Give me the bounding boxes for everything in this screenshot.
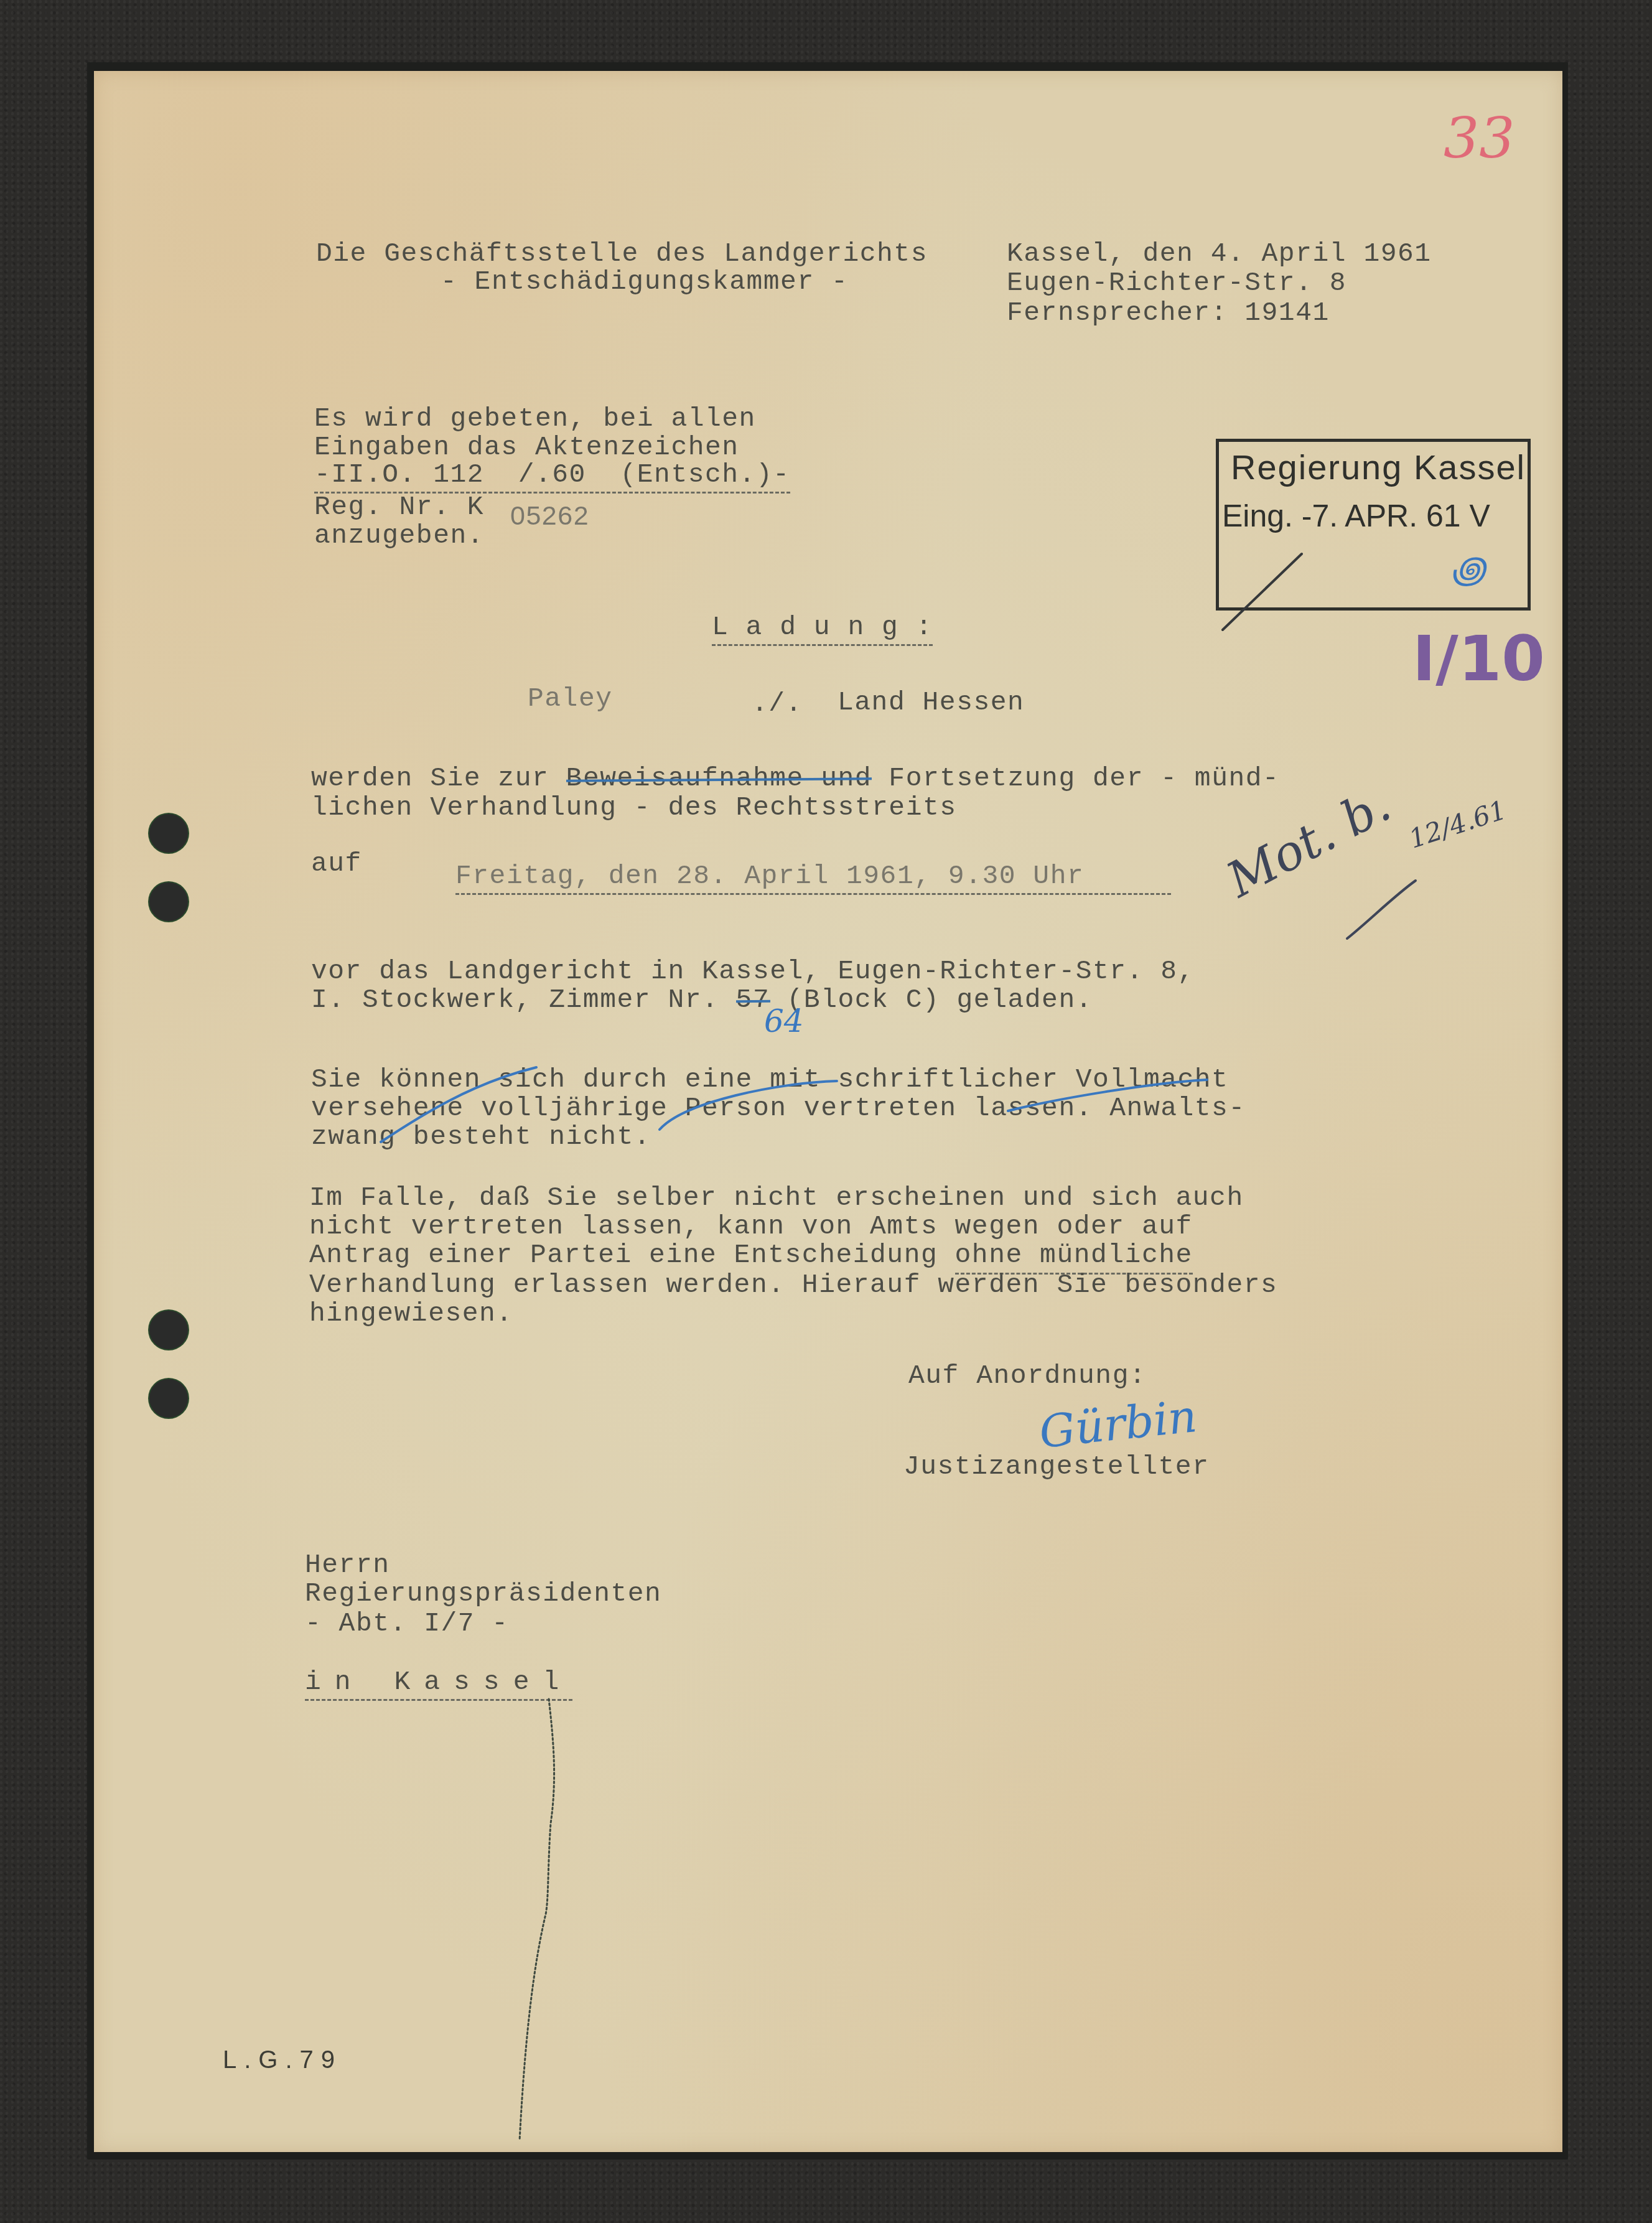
notice-line-5: hingewiesen.	[309, 1299, 513, 1328]
punch-hole	[149, 882, 188, 921]
case-number: -II.O. 112 /.60 (Entsch.)-	[314, 461, 790, 494]
office-division: - Entschädigungskammer -	[441, 268, 848, 296]
signatory-title: Justizangestellter	[903, 1453, 1209, 1481]
notice-text: Antrag einer Partei eine Entscheidung	[309, 1240, 955, 1270]
notice-line-2: nicht vertreten lassen, kann von Amts we…	[309, 1212, 1193, 1241]
document-title: L a d u n g :	[712, 613, 933, 646]
summons-line-2: lichen Verhandlung - des Rechtsstreits	[311, 793, 957, 822]
reference-line-5: anzugeben.	[314, 522, 484, 550]
form-code: L.G.79	[223, 2046, 342, 2074]
punch-hole	[149, 814, 188, 853]
office-name: Die Geschäftsstelle des Landgerichts	[316, 240, 928, 268]
recipient-city: in Kassel	[305, 1668, 572, 1701]
reg-number-label: Reg. Nr. K	[314, 493, 484, 522]
proxy-line-2: versehene volljährige Person vertreten l…	[311, 1094, 1246, 1123]
office-phone: Fernsprecher: 19141	[1007, 299, 1330, 327]
hearing-date: Freitag, den 28. April 1961, 9.30 Uhr	[455, 862, 1171, 895]
struck-text: Beweisaufnahme und	[566, 763, 872, 793]
place-date: Kassel, den 4. April 1961	[1007, 240, 1432, 268]
location-text: I. Stockwerk, Zimmer Nr.	[311, 985, 736, 1015]
summons-text-cont: Fortsetzung der - münd-	[872, 763, 1279, 793]
auf-label: auf	[311, 849, 362, 878]
initial-mark: ꩜	[1450, 541, 1485, 596]
proxy-line-3: zwang besteht nicht.	[311, 1123, 651, 1151]
summons-line-1: werden Sie zur Beweisaufnahme und Fortse…	[311, 764, 1279, 793]
punch-hole	[149, 1379, 188, 1418]
notice-line-4: Verhandlung erlassen werden. Hierauf wer…	[309, 1271, 1277, 1299]
notice-line-3: Antrag einer Partei eine Entscheidung oh…	[309, 1241, 1193, 1270]
notice-line-1: Im Falle, daß Sie selber nicht erscheine…	[309, 1184, 1244, 1212]
location-text-cont: (Block C) geladen.	[770, 985, 1093, 1015]
reference-line-1: Es wird gebeten, bei allen	[314, 405, 756, 433]
office-address: Eugen-Richter-Str. 8	[1007, 269, 1346, 297]
division-stamp: I/10	[1412, 622, 1545, 695]
summons-text: werden Sie zur	[311, 763, 566, 793]
reg-number-value: 05262	[510, 502, 589, 530]
punch-hole	[149, 1311, 188, 1349]
folio-number: 33	[1444, 106, 1515, 171]
versus: ./.	[752, 690, 803, 718]
recipient-department: - Abt. I/7 -	[305, 1609, 509, 1638]
location-line-1: vor das Landgericht in Kassel, Eugen-Ric…	[311, 957, 1195, 986]
location-line-2: I. Stockwerk, Zimmer Nr. 57 (Block C) ge…	[311, 986, 1093, 1014]
receipt-stamp-authority: Regierung Kassel	[1231, 447, 1526, 487]
receipt-stamp-date: Eing. -7. APR. 61 V	[1222, 498, 1490, 534]
plaintiff: Paley	[528, 685, 613, 713]
recipient-title: Regierungspräsidenten	[305, 1579, 661, 1608]
room-corrected: 64	[764, 1003, 804, 1039]
recipient-salutation: Herrn	[305, 1551, 390, 1579]
defendant: Land Hessen	[838, 688, 1024, 717]
proxy-line-1: Sie können sich durch eine mit schriftli…	[311, 1065, 1228, 1094]
reference-line-2: Eingaben das Aktenzeichen	[314, 433, 739, 462]
order-line: Auf Anordnung:	[908, 1362, 1146, 1390]
